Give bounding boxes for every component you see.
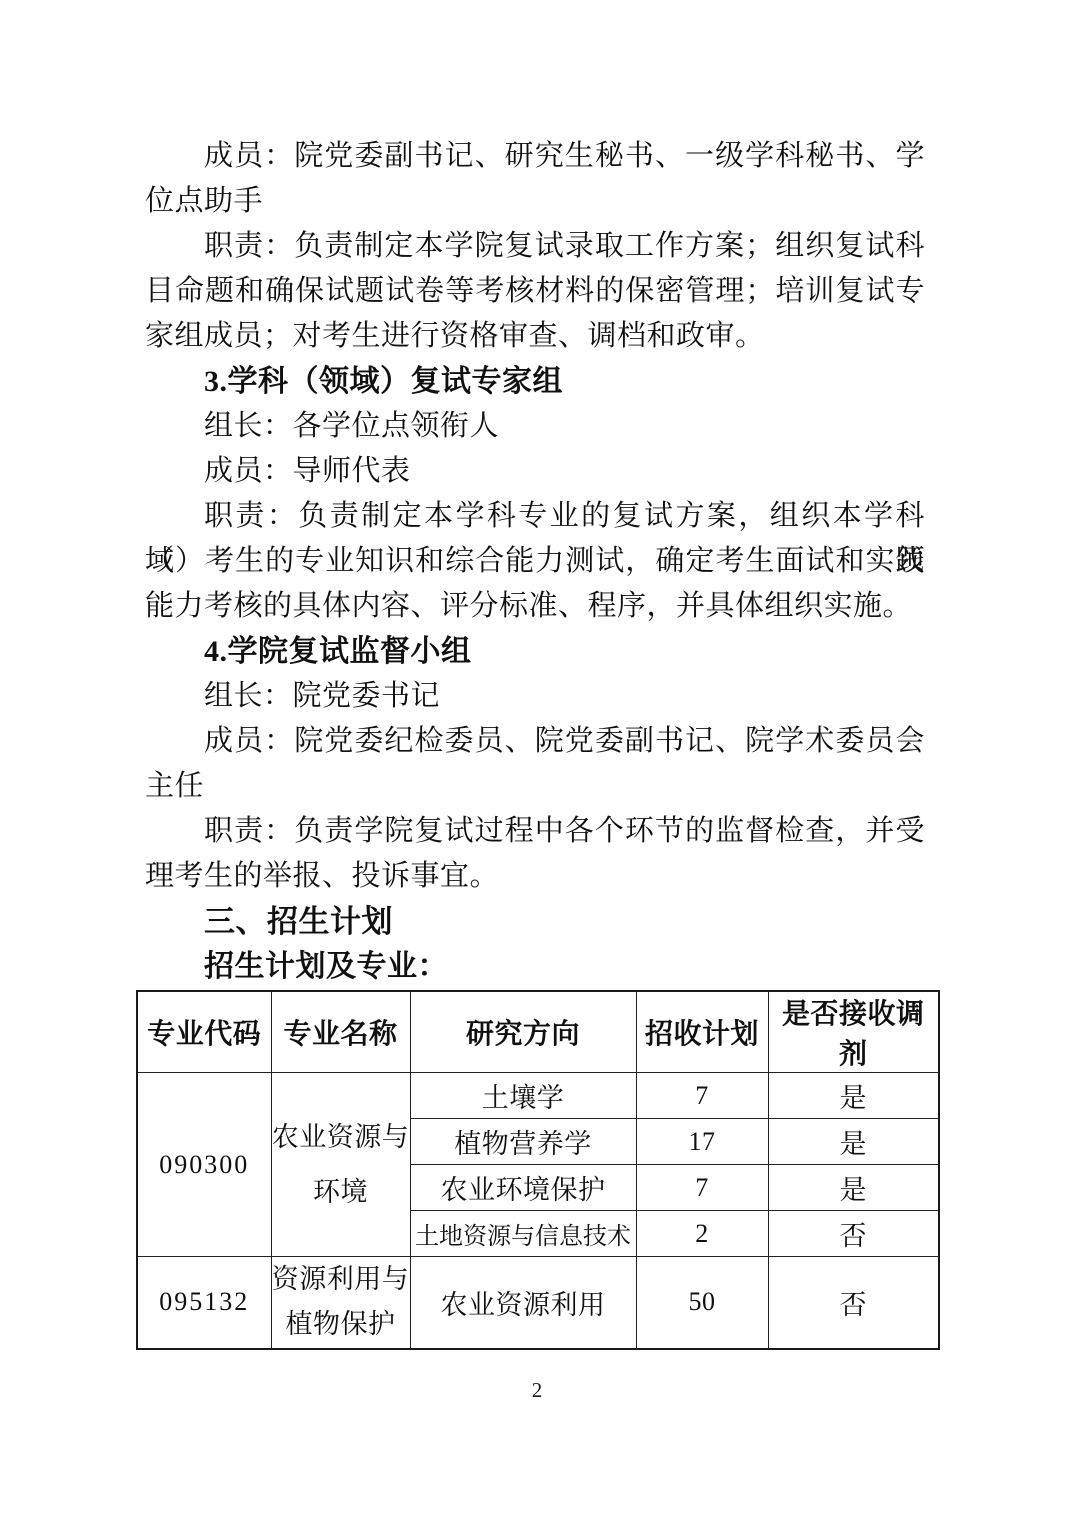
transfer-cell: 否 — [768, 1257, 939, 1349]
transfer-cell: 否 — [768, 1211, 939, 1257]
plan-count-cell: 7 — [636, 1165, 768, 1211]
header-admission-plan: 招收计划 — [636, 991, 768, 1073]
direction-cell: 土壤学 — [410, 1073, 636, 1119]
table-caption: 招生计划及专业： — [145, 944, 925, 989]
transfer-cell: 是 — [768, 1165, 939, 1211]
members-paragraph-line: 位点助手 — [145, 179, 925, 224]
direction-cell: 农业环境保护 — [410, 1165, 636, 1211]
enrollment-plan-table: 专业代码 专业名称 研究方向 招收计划 是否接收调剂 090300 农业资源与 … — [136, 990, 938, 1350]
page-number: 2 — [0, 1378, 1074, 1403]
transfer-cell: 是 — [768, 1073, 939, 1119]
heading-enrollment-plan: 三、招生计划 — [145, 899, 925, 944]
leader-line: 组长：院党委书记 — [145, 674, 925, 719]
table-row: 095132 资源利用与 植物保护 农业资源利用 50 否 — [137, 1257, 939, 1349]
document-page: 成员：院党委副书记、研究生秘书、一级学科秘书、学 位点助手 职责：负责制定本学院… — [0, 0, 1074, 1520]
direction-cell: 植物营养学 — [410, 1119, 636, 1165]
plan-count-cell: 50 — [636, 1257, 768, 1349]
duties-paragraph-line: 职责：负责制定本学科专业的复试方案，组织本学科（领 — [145, 494, 925, 539]
plan-count-cell: 2 — [636, 1211, 768, 1257]
transfer-cell: 是 — [768, 1119, 939, 1165]
members-line: 成员：导师代表 — [145, 449, 925, 494]
body-text: 成员：院党委副书记、研究生秘书、一级学科秘书、学 位点助手 职责：负责制定本学院… — [145, 134, 925, 989]
table-row: 090300 农业资源与 环境 土壤学 7 是 — [137, 1073, 939, 1119]
duties-paragraph-line: 理考生的举报、投诉事宜。 — [145, 854, 925, 899]
major-name-cell: 农业资源与 环境 — [271, 1073, 410, 1257]
members-paragraph-line: 成员：院党委副书记、研究生秘书、一级学科秘书、学 — [145, 134, 925, 179]
duties-paragraph-line: 职责：负责制定本学院复试录取工作方案；组织复试科 — [145, 224, 925, 269]
header-research-direction: 研究方向 — [410, 991, 636, 1073]
members-paragraph-line: 主任 — [145, 764, 925, 809]
major-name-cell: 资源利用与 植物保护 — [271, 1257, 410, 1349]
table-header-row: 专业代码 专业名称 研究方向 招收计划 是否接收调剂 — [137, 991, 939, 1073]
header-accept-transfer: 是否接收调剂 — [768, 991, 939, 1073]
major-code-cell: 090300 — [137, 1073, 271, 1257]
leader-line: 组长：各学位点领衔人 — [145, 404, 925, 449]
duties-paragraph-line: 能力考核的具体内容、评分标准、程序，并具体组织实施。 — [145, 584, 925, 629]
direction-cell: 农业资源利用 — [410, 1257, 636, 1349]
duties-paragraph-line: 域）考生的专业知识和综合能力测试，确定考生面试和实践 — [145, 539, 925, 584]
plan-count-cell: 17 — [636, 1119, 768, 1165]
header-major-code: 专业代码 — [137, 991, 271, 1073]
plan-count-cell: 7 — [636, 1073, 768, 1119]
direction-cell: 土地资源与信息技术 — [410, 1211, 636, 1257]
duties-paragraph-line: 家组成员；对考生进行资格审查、调档和政审。 — [145, 314, 925, 359]
header-major-name: 专业名称 — [271, 991, 410, 1073]
heading-discipline-expert-group: 3.学科（领域）复试专家组 — [145, 359, 925, 404]
duties-paragraph-line: 职责：负责学院复试过程中各个环节的监督检查，并受 — [145, 809, 925, 854]
duties-paragraph-line: 目命题和确保试题试卷等考核材料的保密管理；培训复试专 — [145, 269, 925, 314]
heading-supervision-group: 4.学院复试监督小组 — [145, 629, 925, 674]
major-code-cell: 095132 — [137, 1257, 271, 1349]
members-paragraph-line: 成员：院党委纪检委员、院党委副书记、院学术委员会 — [145, 719, 925, 764]
